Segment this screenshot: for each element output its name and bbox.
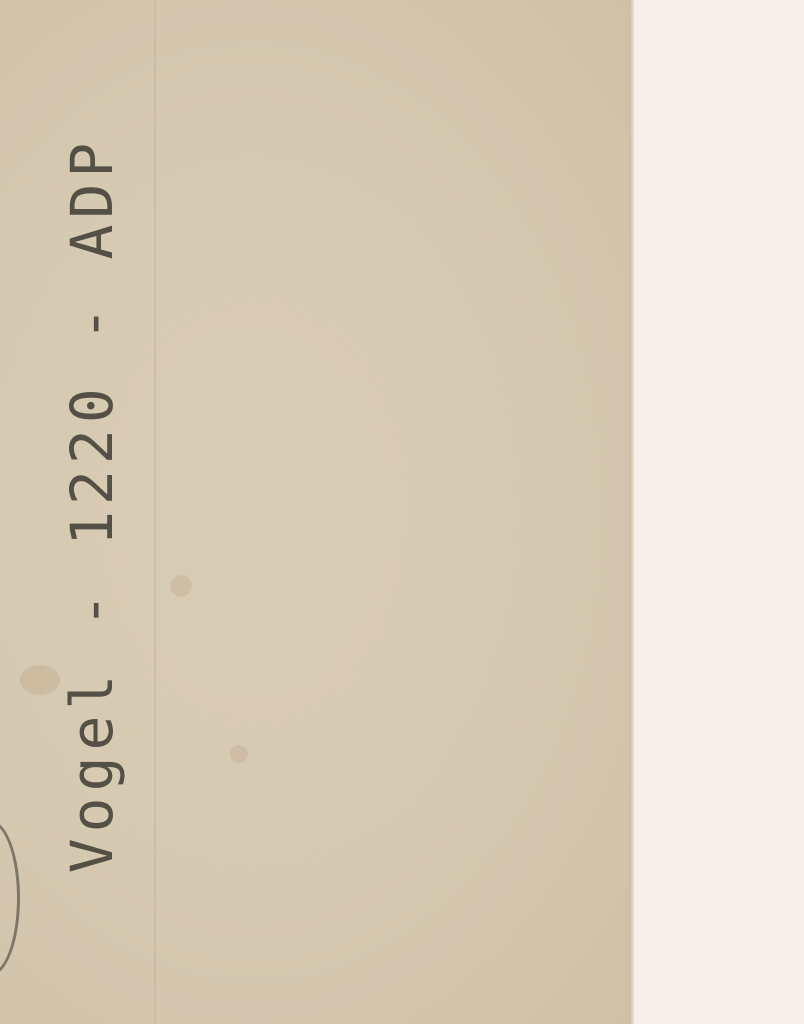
stain (170, 575, 192, 597)
fold-line (154, 0, 156, 1024)
stain (20, 665, 60, 695)
background-margin (634, 0, 804, 1024)
paper-edge (629, 0, 634, 1024)
stain (230, 745, 248, 763)
handwritten-inscription: Vogel - 1220 - ADP (58, 137, 126, 874)
